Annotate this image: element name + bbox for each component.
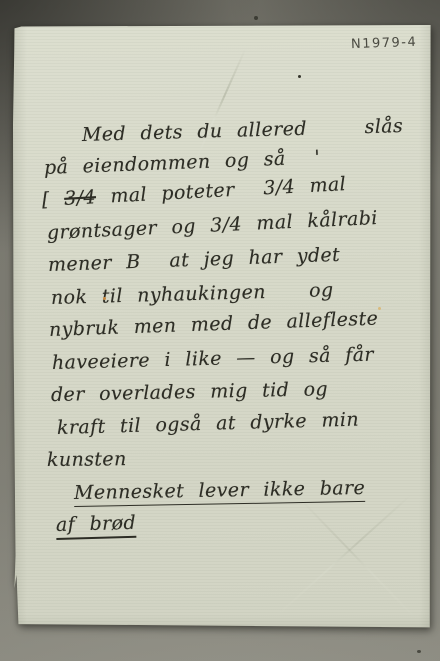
handwriting-text: kunsten: [47, 448, 127, 471]
photo-backdrop: N1979-4 Med dets du allered slåspå eiend…: [0, 0, 440, 661]
handwriting-text: mal poteter 3/4 mal: [95, 173, 346, 208]
handwriting-text: der overlades mig tid og: [51, 378, 328, 406]
note-paper: N1979-4 Med dets du allered slåspå eiend…: [13, 25, 431, 628]
handwriting-text: kraft til også at dyrke min: [57, 408, 360, 438]
handwriting-text: mener B at jeg har ydet: [48, 244, 341, 276]
handwriting-text: 3/4: [64, 186, 97, 210]
handwriting-text: nybruk men med de allefleste: [49, 308, 379, 341]
backdrop-speck: [417, 650, 421, 653]
ink-speck: [298, 75, 301, 78]
archive-label: N1979-4: [350, 35, 417, 52]
handwriting-note: Med dets du allered slåspå eiendommen og…: [13, 119, 431, 542]
handwriting-text: af brød: [56, 512, 137, 540]
handwriting-text: haveeiere i like — og så får: [52, 343, 374, 373]
handwriting-text: [: [41, 188, 64, 211]
paper-shadow: N1979-4 Med dets du allered slåspå eiend…: [13, 25, 431, 628]
backdrop-speck: [254, 16, 258, 20]
handwriting-text: nok til nyhaukingen og: [51, 279, 334, 309]
